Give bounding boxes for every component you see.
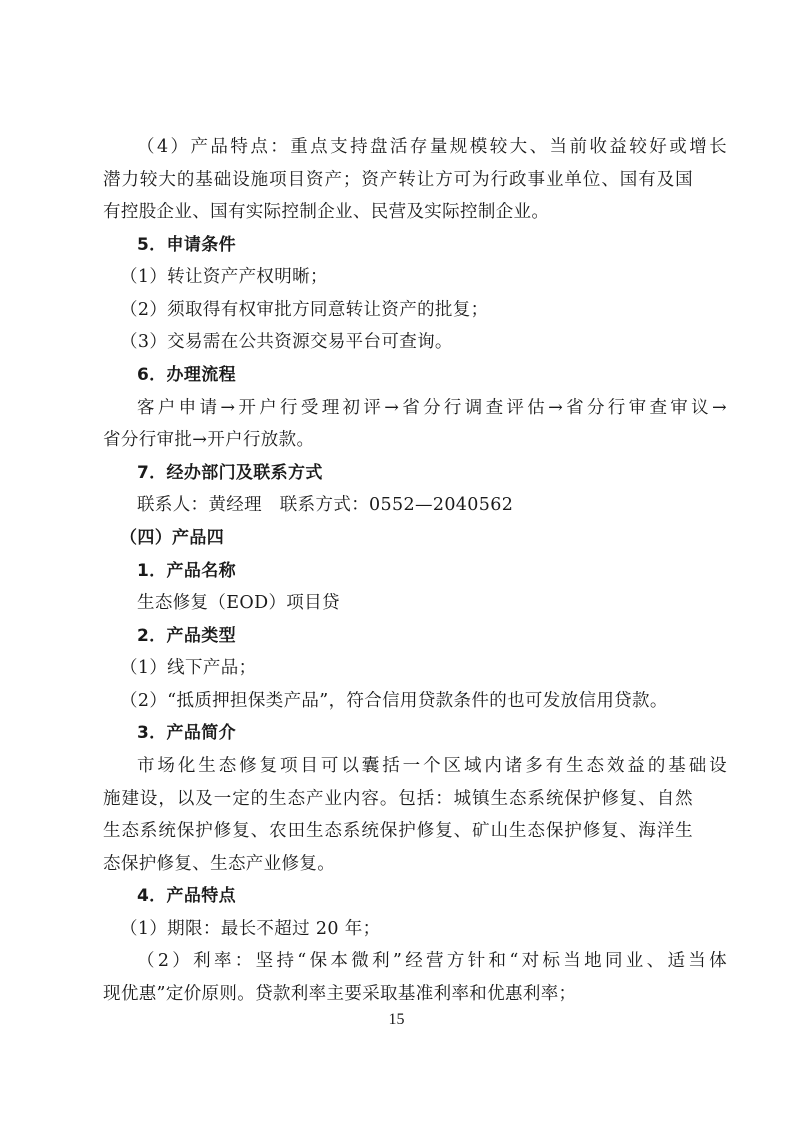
section-heading: 7．经办部门及联系方式 <box>137 462 727 484</box>
section-heading: 3．产品简介 <box>137 722 727 744</box>
paragraph-line: 施建设，以及一定的生态产业内容。包括：城镇生态系统保护修复、自然 <box>103 788 693 810</box>
paragraph-line: 市场化生态修复项目可以囊括一个区域内诸多有生态效益的基础设 <box>137 755 727 777</box>
paragraph-line: 生态系统保护修复、农田生态系统保护修复、矿山生态保护修复、海洋生 <box>103 820 693 842</box>
list-item: （2）须取得有权审批方同意转让资产的批复； <box>120 299 710 321</box>
chapter-heading: （四）产品四 <box>120 527 710 549</box>
section-heading: 6．办理流程 <box>137 364 727 386</box>
paragraph-line: 有控股企业、国有实际控制企业、民营及实际控制企业。 <box>103 201 693 223</box>
contact-line: 联系人：黄经理 联系方式：0552—2040562 <box>137 494 727 516</box>
list-item: （3）交易需在公共资源交易平台可查询。 <box>120 331 710 353</box>
section-heading: 5．申请条件 <box>137 234 727 256</box>
section-heading: 4．产品特点 <box>137 885 727 907</box>
section-heading: 2．产品类型 <box>137 625 727 647</box>
list-item: （1）转让资产产权明晰； <box>120 266 710 288</box>
list-item: （1）期限：最长不超过 20 年； <box>120 918 710 940</box>
paragraph-line: （2）利率：坚持“保本微利”经营方针和“对标当地同业、适当体 <box>137 950 727 972</box>
list-item: （1）线下产品； <box>120 657 710 679</box>
paragraph-line: 态保护修复、生态产业修复。 <box>103 853 693 875</box>
paragraph-line: 潜力较大的基础设施项目资产；资产转让方可为行政事业单位、国有及国 <box>103 169 693 191</box>
page-number: 15 <box>0 1011 793 1029</box>
section-heading: 1．产品名称 <box>137 560 727 582</box>
list-item: （2）“抵质押担保类产品”，符合信用贷款条件的也可发放信用贷款。 <box>120 690 710 712</box>
product-name: 生态修复（EOD）项目贷 <box>137 592 727 614</box>
paragraph-line: （4）产品特点：重点支持盘活存量规模较大、当前收益较好或增长 <box>137 136 727 158</box>
paragraph-line: 客户申请→开户行受理初评→省分行调查评估→省分行审查审议→ <box>137 397 727 419</box>
paragraph-line: 现优惠”定价原则。贷款利率主要采取基准利率和优惠利率； <box>103 983 693 1005</box>
document-page: （4）产品特点：重点支持盘活存量规模较大、当前收益较好或增长 潜力较大的基础设施… <box>0 0 793 1122</box>
paragraph-line: 省分行审批→开户行放款。 <box>103 429 693 451</box>
